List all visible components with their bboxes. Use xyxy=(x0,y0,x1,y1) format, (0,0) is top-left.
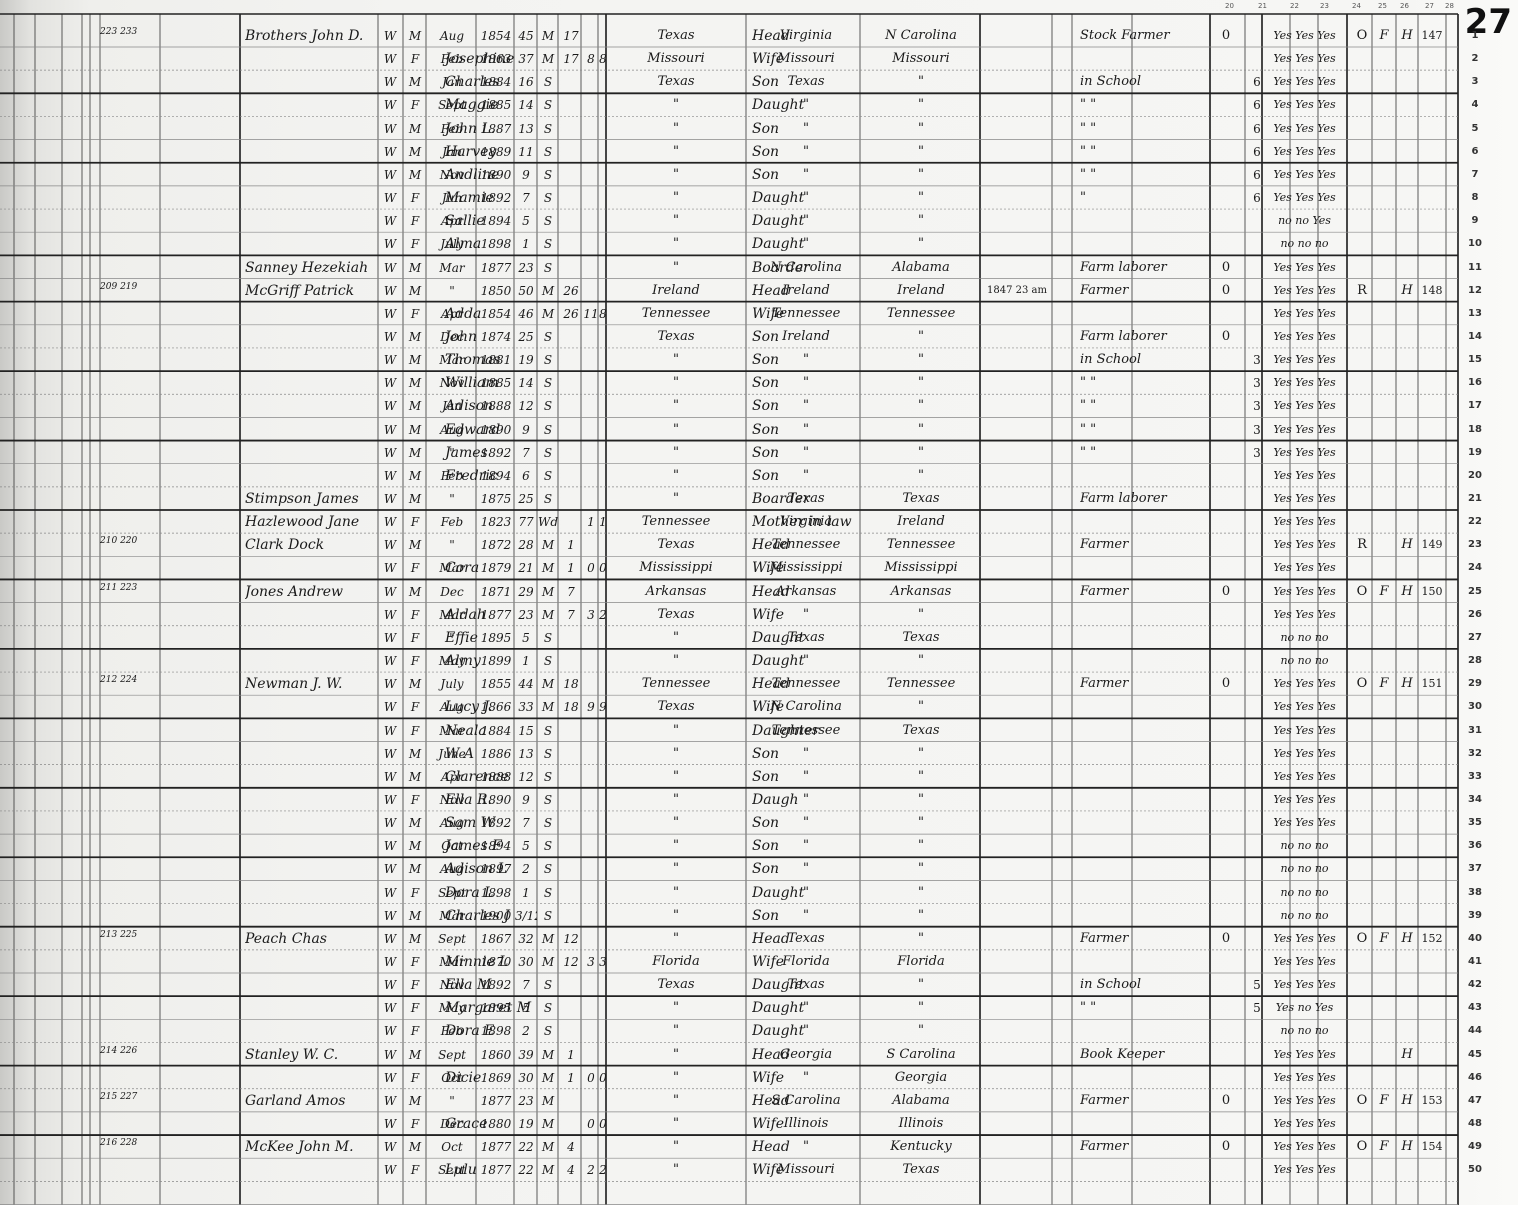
occupation: " " xyxy=(1080,141,1220,163)
color: W xyxy=(380,974,400,996)
color: W xyxy=(380,372,400,394)
sex: M xyxy=(405,257,425,279)
birth-year: 1872 xyxy=(478,534,514,556)
father-birthplace: Virginia xyxy=(752,511,860,533)
education-read-write-english: Yes Yes Yes xyxy=(1262,25,1347,47)
birth-month: Nov xyxy=(428,789,476,811)
table-row-details: WFNov18927STexasTexas"in School5Yes Yes … xyxy=(0,974,1518,996)
birthplace: " xyxy=(606,118,746,140)
line-number: 17 xyxy=(1460,395,1490,417)
birthplace: " xyxy=(606,187,746,209)
marital-status: S xyxy=(538,187,558,209)
marital-status: M xyxy=(538,673,558,695)
education-read-write-english: Yes Yes Yes xyxy=(1262,164,1347,186)
color: W xyxy=(380,280,400,302)
sex: M xyxy=(405,118,425,140)
line-number: 29 xyxy=(1460,673,1490,695)
color: W xyxy=(380,766,400,788)
mother-birthplace: Georgia xyxy=(862,1067,980,1089)
mother-birthplace: Tennessee xyxy=(862,534,980,556)
occupation: " " xyxy=(1080,442,1220,464)
sex: F xyxy=(405,974,425,996)
color: W xyxy=(380,1113,400,1135)
birth-month: Nov xyxy=(428,164,476,186)
line-number: 18 xyxy=(1460,419,1490,441)
birthplace: Ireland xyxy=(606,280,746,302)
free-or-mortgaged: F xyxy=(1373,928,1395,950)
age: 13 xyxy=(515,743,537,765)
mother-birthplace: " xyxy=(862,789,980,811)
color: W xyxy=(380,118,400,140)
mother-birthplace: Texas xyxy=(862,488,980,510)
sex: F xyxy=(405,720,425,742)
birthplace: " xyxy=(606,835,746,857)
father-birthplace: Arkansas xyxy=(752,581,860,603)
sex: F xyxy=(405,882,425,904)
marital-status: S xyxy=(538,488,558,510)
line-number: 40 xyxy=(1460,928,1490,950)
age: 33 xyxy=(515,696,537,718)
years-married: 26 xyxy=(560,303,582,325)
marital-status: M xyxy=(538,48,558,70)
mother-birthplace: " xyxy=(862,696,980,718)
years-married: 1 xyxy=(560,1044,582,1066)
father-birthplace: " xyxy=(752,94,860,116)
table-row-details: WMAug18972S"""no no no37 xyxy=(0,858,1518,880)
age: 44 xyxy=(515,673,537,695)
mother-birthplace: " xyxy=(862,326,980,348)
age: 46 xyxy=(515,303,537,325)
line-number: 31 xyxy=(1460,720,1490,742)
marital-status: S xyxy=(538,465,558,487)
birthplace: Texas xyxy=(606,974,746,996)
age: 11 xyxy=(515,141,537,163)
father-birthplace: " xyxy=(752,442,860,464)
table-row-details: WFApr185446M26118TennesseeTennesseeTenne… xyxy=(0,303,1518,325)
birthplace: " xyxy=(606,257,746,279)
color: W xyxy=(380,1044,400,1066)
birthplace: " xyxy=(606,372,746,394)
color: W xyxy=(380,928,400,950)
line-number: 14 xyxy=(1460,326,1490,348)
father-birthplace: " xyxy=(752,1136,860,1158)
sex: M xyxy=(405,164,425,186)
education-read-write-english: Yes no Yes xyxy=(1262,997,1347,1019)
marital-status: S xyxy=(538,974,558,996)
marital-status: S xyxy=(538,164,558,186)
sex: M xyxy=(405,280,425,302)
education-read-write-english: Yes Yes Yes xyxy=(1262,581,1347,603)
education-read-write-english: Yes Yes Yes xyxy=(1262,1044,1347,1066)
mother-birthplace: " xyxy=(862,835,980,857)
father-birthplace: " xyxy=(752,118,860,140)
color: W xyxy=(380,696,400,718)
occupation: Farmer xyxy=(1080,280,1220,302)
marital-status: M xyxy=(538,1159,558,1181)
birthplace: Texas xyxy=(606,25,746,47)
marital-status: S xyxy=(538,372,558,394)
birth-year: 1875 xyxy=(478,488,514,510)
mother-birthplace: " xyxy=(862,1020,980,1042)
age: 5 xyxy=(515,210,537,232)
color: W xyxy=(380,326,400,348)
color: W xyxy=(380,210,400,232)
table-row-details: WFMay18991S"""no no no28 xyxy=(0,650,1518,672)
mother-birthplace: " xyxy=(862,650,980,672)
sex: F xyxy=(405,233,425,255)
birth-year: 1898 xyxy=(478,1020,514,1042)
mother-birthplace: Kentucky xyxy=(862,1136,980,1158)
color: W xyxy=(380,419,400,441)
sex: F xyxy=(405,650,425,672)
birth-year: 1887 xyxy=(478,118,514,140)
free-or-mortgaged: F xyxy=(1373,25,1395,47)
children-born: 8 xyxy=(583,48,599,70)
birth-month: July xyxy=(428,673,476,695)
birth-month: " xyxy=(428,280,476,302)
sex: F xyxy=(405,210,425,232)
color: W xyxy=(380,534,400,556)
marital-status: S xyxy=(538,257,558,279)
line-number: 11 xyxy=(1460,257,1490,279)
table-row-details: WMAug185445M17TexasVirginiaN CarolinaSto… xyxy=(0,25,1518,47)
birthplace: " xyxy=(606,882,746,904)
marital-status: S xyxy=(538,720,558,742)
sex: M xyxy=(405,419,425,441)
father-birthplace: " xyxy=(752,141,860,163)
years-married: 18 xyxy=(560,696,582,718)
birthplace: " xyxy=(606,997,746,1019)
table-row-details: WFSept18981S"""no no no38 xyxy=(0,882,1518,904)
sex: M xyxy=(405,1136,425,1158)
father-birthplace: Tennessee xyxy=(752,303,860,325)
marital-status: S xyxy=(538,1020,558,1042)
birthplace: " xyxy=(606,141,746,163)
mother-birthplace: " xyxy=(862,118,980,140)
age: 12 xyxy=(515,395,537,417)
birth-month: June xyxy=(428,743,476,765)
birth-month: Feb xyxy=(428,465,476,487)
age: 23 xyxy=(515,257,537,279)
column-number: 24 xyxy=(1352,2,1361,10)
months-unemployed: 0 xyxy=(1212,1136,1240,1158)
age: 9 xyxy=(515,419,537,441)
line-number: 44 xyxy=(1460,1020,1490,1042)
birth-year: 1898 xyxy=(478,233,514,255)
occupation: Farmer xyxy=(1080,534,1220,556)
children-born: 0 xyxy=(583,1113,599,1135)
mother-birthplace: N Carolina xyxy=(862,25,980,47)
sex: M xyxy=(405,534,425,556)
mother-birthplace: Mississippi xyxy=(862,557,980,579)
months-unemployed: 0 xyxy=(1212,1090,1240,1112)
birth-month: Dec xyxy=(428,326,476,348)
mother-birthplace: " xyxy=(862,94,980,116)
table-row-details: WFMar187723M732Texas""Yes Yes Yes26 xyxy=(0,604,1518,626)
birthplace: Missouri xyxy=(606,48,746,70)
months-unemployed: 0 xyxy=(1212,928,1240,950)
birth-month: Jan xyxy=(428,395,476,417)
marital-status: S xyxy=(538,141,558,163)
birthplace: " xyxy=(606,858,746,880)
occupation: " " xyxy=(1080,395,1220,417)
farm-or-house: H xyxy=(1396,928,1418,950)
age: 15 xyxy=(515,720,537,742)
occupation: Farmer xyxy=(1080,928,1220,950)
birth-month: Mar xyxy=(428,720,476,742)
sex: M xyxy=(405,812,425,834)
marital-status: M xyxy=(538,25,558,47)
birth-month: Aug xyxy=(428,858,476,880)
father-birthplace: " xyxy=(752,835,860,857)
color: W xyxy=(380,303,400,325)
farm-schedule-number: 149 xyxy=(1418,534,1446,556)
line-number: 46 xyxy=(1460,1067,1490,1089)
age: 32 xyxy=(515,928,537,950)
birth-year: 1892 xyxy=(478,187,514,209)
birth-year: 1894 xyxy=(478,465,514,487)
education-read-write-english: Yes Yes Yes xyxy=(1262,789,1347,811)
birth-year: 1884 xyxy=(478,720,514,742)
birthplace: Tennessee xyxy=(606,303,746,325)
father-birthplace: " xyxy=(752,1020,860,1042)
age: 25 xyxy=(515,326,537,348)
education-read-write-english: Yes Yes Yes xyxy=(1262,1113,1347,1135)
mother-birthplace: Tennessee xyxy=(862,303,980,325)
column-number: 20 xyxy=(1225,2,1234,10)
age: 2 xyxy=(515,1020,537,1042)
years-married: 1 xyxy=(560,557,582,579)
color: W xyxy=(380,25,400,47)
occupation: Farmer xyxy=(1080,673,1220,695)
education-read-write-english: Yes Yes Yes xyxy=(1262,280,1347,302)
birth-month: Jan xyxy=(428,141,476,163)
father-birthplace: Tennessee xyxy=(752,534,860,556)
birthplace: Tennessee xyxy=(606,673,746,695)
birthplace: " xyxy=(606,94,746,116)
marital-status: S xyxy=(538,442,558,464)
color: W xyxy=(380,442,400,464)
birth-year: 1897 xyxy=(478,858,514,880)
birthplace: " xyxy=(606,395,746,417)
color: W xyxy=(380,1136,400,1158)
line-number: 39 xyxy=(1460,905,1490,927)
education-read-write-english: Yes Yes Yes xyxy=(1262,720,1347,742)
table-row-details: WMAug18927S"""Yes Yes Yes35 xyxy=(0,812,1518,834)
months-unemployed: 0 xyxy=(1212,280,1240,302)
birth-month: Aug xyxy=(428,25,476,47)
sex: F xyxy=(405,789,425,811)
birth-year: 1866 xyxy=(478,696,514,718)
mother-birthplace: " xyxy=(862,210,980,232)
education-read-write-english: Yes Yes Yes xyxy=(1262,1090,1347,1112)
line-number: 22 xyxy=(1460,511,1490,533)
sex: F xyxy=(405,1020,425,1042)
age: 19 xyxy=(515,1113,537,1135)
birthplace: " xyxy=(606,1044,746,1066)
farm-schedule-number: 152 xyxy=(1418,928,1446,950)
age: 5 xyxy=(515,997,537,1019)
occupation: Farmer xyxy=(1080,1136,1220,1158)
birth-month: Sept xyxy=(428,882,476,904)
line-number: 47 xyxy=(1460,1090,1490,1112)
farm-schedule-number: 151 xyxy=(1418,673,1446,695)
birth-month: Aug xyxy=(428,812,476,834)
table-row-details: WMMar188119S"""in School3Yes Yes Yes15 xyxy=(0,349,1518,371)
age: 16 xyxy=(515,71,537,93)
color: W xyxy=(380,650,400,672)
marital-status: S xyxy=(538,326,558,348)
occupation: Book Keeper xyxy=(1080,1044,1220,1066)
birth-year: 1877 xyxy=(478,604,514,626)
education-read-write-english: Yes Yes Yes xyxy=(1262,94,1347,116)
marital-status: M xyxy=(538,581,558,603)
birth-year: 1850 xyxy=(478,280,514,302)
father-birthplace: " xyxy=(752,997,860,1019)
birth-month: Mar xyxy=(428,905,476,927)
birthplace: Florida xyxy=(606,951,746,973)
birth-month: Dec xyxy=(428,581,476,603)
color: W xyxy=(380,743,400,765)
birth-month: Mar xyxy=(428,604,476,626)
education-read-write-english: Yes Yes Yes xyxy=(1262,349,1347,371)
sex: F xyxy=(405,94,425,116)
line-number: 50 xyxy=(1460,1159,1490,1181)
sex: M xyxy=(405,766,425,788)
table-row-details: WFMay18955S"""" "5Yes no Yes43 xyxy=(0,997,1518,1019)
marital-status: S xyxy=(538,858,558,880)
free-or-mortgaged: F xyxy=(1373,581,1395,603)
months-unemployed: 0 xyxy=(1212,25,1240,47)
education-read-write-english: Yes Yes Yes xyxy=(1262,442,1347,464)
father-birthplace: " xyxy=(752,812,860,834)
father-birthplace: " xyxy=(752,349,860,371)
mother-birthplace: " xyxy=(862,905,980,927)
farm-or-house: H xyxy=(1396,1090,1418,1112)
birth-year: 1877 xyxy=(478,1159,514,1181)
marital-status: S xyxy=(538,905,558,927)
marital-status: S xyxy=(538,766,558,788)
color: W xyxy=(380,789,400,811)
marital-status: M xyxy=(538,604,558,626)
mother-birthplace: Ireland xyxy=(862,511,980,533)
mother-birthplace: " xyxy=(862,858,980,880)
age: 7 xyxy=(515,812,537,834)
color: W xyxy=(380,349,400,371)
line-number: 34 xyxy=(1460,789,1490,811)
birth-month: Mar xyxy=(428,951,476,973)
line-number: 19 xyxy=(1460,442,1490,464)
sex: M xyxy=(405,928,425,950)
education-read-write-english: Yes Yes Yes xyxy=(1262,511,1347,533)
birth-month: Nov xyxy=(428,372,476,394)
age: 9 xyxy=(515,789,537,811)
birth-year: 1877 xyxy=(478,1136,514,1158)
line-number: 6 xyxy=(1460,141,1490,163)
table-row-details: WMJan188911S"""" "6Yes Yes Yes6 xyxy=(0,141,1518,163)
mother-birthplace: Alabama xyxy=(862,257,980,279)
birth-year: 1898 xyxy=(478,882,514,904)
mother-birthplace: " xyxy=(862,164,980,186)
age: 1 xyxy=(515,882,537,904)
father-birthplace: " xyxy=(752,395,860,417)
birth-month: Feb xyxy=(428,511,476,533)
marital-status: S xyxy=(538,349,558,371)
table-row-details: WFMar187030M1233FloridaFloridaFloridaYes… xyxy=(0,951,1518,973)
age: 6 xyxy=(515,465,537,487)
age: 22 xyxy=(515,1159,537,1181)
color: W xyxy=(380,465,400,487)
education-read-write-english: Yes Yes Yes xyxy=(1262,395,1347,417)
birth-month: Apr xyxy=(428,303,476,325)
father-birthplace: " xyxy=(752,233,860,255)
birthplace: " xyxy=(606,812,746,834)
sex: F xyxy=(405,604,425,626)
sex: F xyxy=(405,997,425,1019)
years-married: 17 xyxy=(560,48,582,70)
table-row-details: WFDec188019M00"IllinoisIllinoisYes Yes Y… xyxy=(0,1113,1518,1135)
marital-status: S xyxy=(538,233,558,255)
table-row-details: WMOct187722M4""KentuckyFarmer0Yes Yes Ye… xyxy=(0,1136,1518,1158)
marital-status: M xyxy=(538,951,558,973)
father-birthplace: Ireland xyxy=(752,326,860,348)
age: 19 xyxy=(515,349,537,371)
father-birthplace: " xyxy=(752,164,860,186)
age: 13 xyxy=(515,118,537,140)
line-number: 27 xyxy=(1460,627,1490,649)
birth-year: 1890 xyxy=(478,419,514,441)
age: 45 xyxy=(515,25,537,47)
birth-year: 1890 xyxy=(478,164,514,186)
owned-or-rented: O xyxy=(1352,1136,1372,1158)
free-or-mortgaged: F xyxy=(1373,1136,1395,1158)
birthplace: " xyxy=(606,1136,746,1158)
years-married: 4 xyxy=(560,1159,582,1181)
education-read-write-english: no no no xyxy=(1262,835,1347,857)
line-number: 48 xyxy=(1460,1113,1490,1135)
sex: F xyxy=(405,951,425,973)
father-birthplace: " xyxy=(752,882,860,904)
mother-birthplace: Florida xyxy=(862,951,980,973)
free-or-mortgaged: F xyxy=(1373,673,1395,695)
birth-month: Feb xyxy=(428,118,476,140)
birthplace: Texas xyxy=(606,604,746,626)
birthplace: Arkansas xyxy=(606,581,746,603)
mother-birthplace: " xyxy=(862,71,980,93)
table-row-details: WM"187525S"TexasTexasFarm laborerYes Yes… xyxy=(0,488,1518,510)
sex: M xyxy=(405,581,425,603)
education-read-write-english: Yes Yes Yes xyxy=(1262,534,1347,556)
sex: F xyxy=(405,696,425,718)
birth-year: 1892 xyxy=(478,812,514,834)
sex: F xyxy=(405,627,425,649)
line-number: 7 xyxy=(1460,164,1490,186)
sex: F xyxy=(405,187,425,209)
marital-status: M xyxy=(538,1136,558,1158)
father-birthplace: " xyxy=(752,187,860,209)
color: W xyxy=(380,627,400,649)
occupation: in School xyxy=(1080,974,1220,996)
marital-status: S xyxy=(538,812,558,834)
years-married: 26 xyxy=(560,280,582,302)
color: W xyxy=(380,951,400,973)
farm-or-house: H xyxy=(1396,25,1418,47)
age: 23 xyxy=(515,1090,537,1112)
father-birthplace: " xyxy=(752,1067,860,1089)
mother-birthplace: " xyxy=(862,141,980,163)
marital-status: M xyxy=(538,1113,558,1135)
marital-status: M xyxy=(538,303,558,325)
